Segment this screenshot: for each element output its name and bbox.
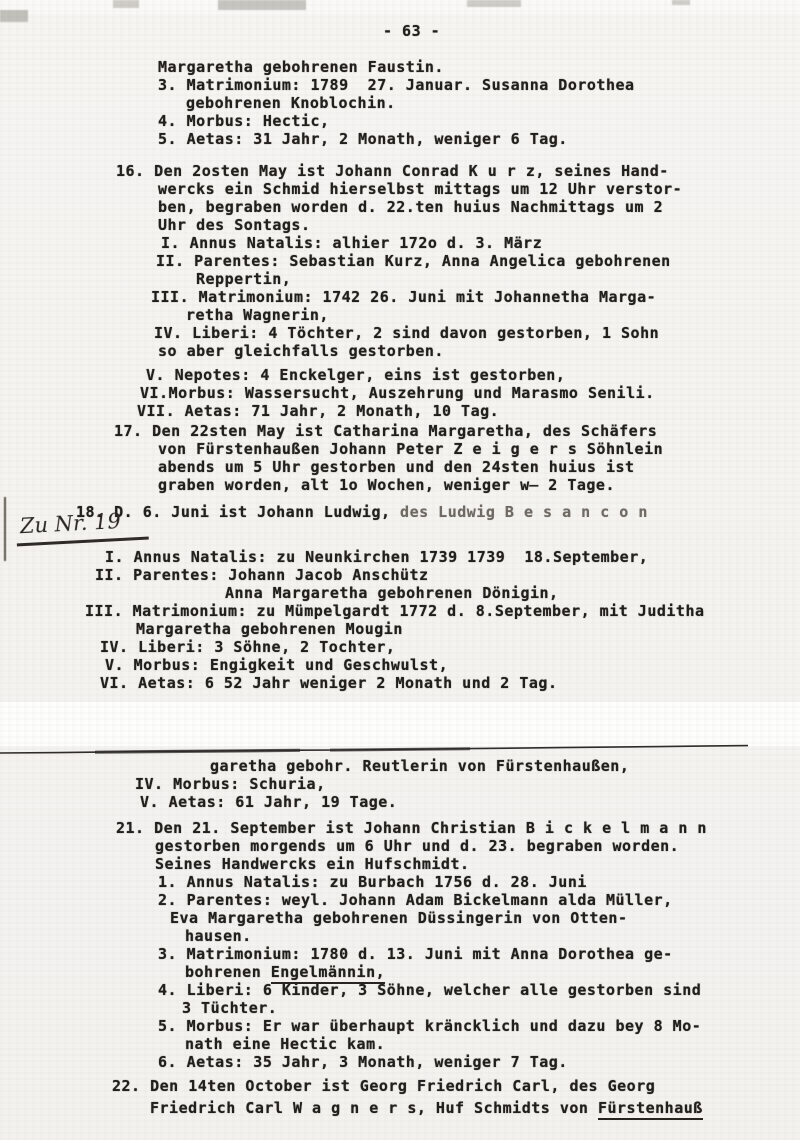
text-line: 5. Aetas: 31 Jahr, 2 Monath, weniger 6 T…: [158, 130, 568, 148]
scan-page-gap: [0, 702, 800, 746]
scan-artifact: [218, 0, 306, 10]
entry-17-start-line: 17. Den 22sten May ist Catharina Margare…: [114, 422, 657, 440]
text-line: Seines Handwercks ein Hufschmidt.: [155, 855, 470, 873]
text-line: Eva Margaretha gebohrenen Düssingerin vo…: [170, 909, 627, 927]
text-line: V. Nepotes: 4 Enckelger, eins ist gestor…: [146, 366, 565, 384]
text-line: gestorben morgends um 6 Uhr und d. 23. b…: [155, 837, 679, 855]
text-line: VII. Aetas: 71 Jahr, 2 Monath, 10 Tag.: [137, 402, 499, 420]
text-line: wercks ein Schmid hierselbst mittags um …: [158, 180, 682, 198]
scan-artifact: [0, 10, 28, 22]
text-line: V. Morbus: Engigkeit und Geschwulst,: [105, 656, 448, 674]
text-line: III. Matrimonium: zu Mümpelgardt 1772 d.…: [85, 602, 705, 620]
text-line: 5. Morbus: Er war überhaupt kräncklich u…: [158, 1017, 701, 1035]
scan-divider-line: [0, 744, 800, 758]
text-line: II. Parentes: Sebastian Kurz, Anna Angel…: [156, 252, 671, 270]
text-line: hausen.: [185, 927, 252, 945]
line-segment: bohrenen: [185, 963, 271, 981]
scan-artifact: [113, 0, 139, 8]
text-line: ben, begraben worden d. 22.ten huius Nac…: [158, 198, 663, 216]
scanned-document-page: - 63 - Margaretha gebohrenen Faustin. 3.…: [0, 0, 800, 1140]
text-line: so aber gleichfalls gestorben.: [158, 342, 444, 360]
text-line: graben worden, alt 1o Wochen, weniger w̶…: [158, 476, 615, 494]
text-line: Margaretha gebohrenen Faustin.: [158, 58, 444, 76]
text-line: I. Annus Natalis: zu Neunkirchen 1739 17…: [105, 548, 648, 566]
text-line: 4. Morbus: Hectic,: [158, 112, 330, 130]
margin-note-handwritten: Zu Nr. 19: [15, 507, 149, 547]
line-segment: Friedrich Carl W a g n e r s, Huf Schmid…: [150, 1099, 598, 1117]
text-line: Reppertin,: [196, 270, 291, 288]
scan-artifact: [467, 0, 521, 7]
text-line: 1. Annus Natalis: zu Burbach 1756 d. 28.…: [158, 873, 587, 891]
text-line: VI. Aetas: 6 52 Jahr weniger 2 Monath un…: [100, 674, 557, 692]
text-line: nath eine Hectic kam.: [185, 1035, 385, 1053]
text-line: von Fürstenhaußen Johann Peter Z e i g e…: [158, 440, 663, 458]
text-line: Uhr des Sontags.: [158, 216, 311, 234]
margin-pen-stroke: [4, 497, 6, 561]
text-line: retha Wagnerin,: [186, 306, 329, 324]
text-line: VI.Morbus: Wassersucht, Auszehrung und M…: [140, 384, 655, 402]
text-line: 6. Aetas: 35 Jahr, 3 Monath, weniger 7 T…: [158, 1053, 568, 1071]
entry-18-faded-name: des Ludwig B e s a n c o n: [400, 503, 648, 521]
text-line: IV. Liberi: 4 Töchter, 2 sind davon gest…: [154, 324, 659, 342]
text-line: I. Annus Natalis: alhier 172o d. 3. März: [161, 234, 542, 252]
scan-artifact: [672, 0, 690, 5]
underlined-place-name: Fürstenhauß: [598, 1099, 703, 1120]
text-line: 3. Matrimonium: 1780 d. 13. Juni mit Ann…: [158, 945, 673, 963]
page-number: - 63 -: [383, 22, 440, 40]
text-line: IV. Morbus: Schuria,: [135, 775, 326, 793]
text-line: V. Aetas: 61 Jahr, 19 Tage.: [140, 793, 397, 811]
entry-16-start-line: 16. Den 2osten May ist Johann Conrad K u…: [116, 162, 669, 180]
text-line: 3. Matrimonium: 1789 27. Januar. Susanna…: [158, 76, 635, 94]
text-line: IV. Liberi: 3 Söhne, 2 Tochter,: [100, 638, 395, 656]
text-line: Anna Margaretha gebohrenen Dönigin,: [225, 584, 559, 602]
text-line: Margaretha gebohrenen Mougin: [136, 620, 403, 638]
text-line: III. Matrimonium: 1742 26. Juni mit Joha…: [151, 288, 656, 306]
entry-21-start-line: 21. Den 21. September ist Johann Christi…: [116, 819, 707, 837]
text-line: gebohrenen Knoblochin.: [186, 94, 396, 112]
text-line: abends um 5 Uhr gestorben und den 24sten…: [158, 458, 635, 476]
entry-18-start-line: 18. D. 6. Juni ist Johann Ludwig, des Lu…: [76, 503, 648, 521]
entry-22-start-line: 22. Den 14ten October ist Georg Friedric…: [112, 1077, 655, 1095]
text-line: 4. Liberi: 6 Kinder, 3 Söhne, welcher al…: [158, 981, 701, 999]
text-line: garetha gebohr. Reutlerin von Fürstenhau…: [210, 757, 629, 775]
text-line: 3 Tüchter.: [182, 999, 277, 1017]
text-line: II. Parentes: Johann Jacob Anschütz: [95, 566, 429, 584]
text-line: 2. Parentes: weyl. Johann Adam Bickelman…: [158, 891, 673, 909]
text-line: Friedrich Carl W a g n e r s, Huf Schmid…: [150, 1099, 703, 1117]
text-line: bohrenen Engelmännin,: [185, 963, 385, 981]
